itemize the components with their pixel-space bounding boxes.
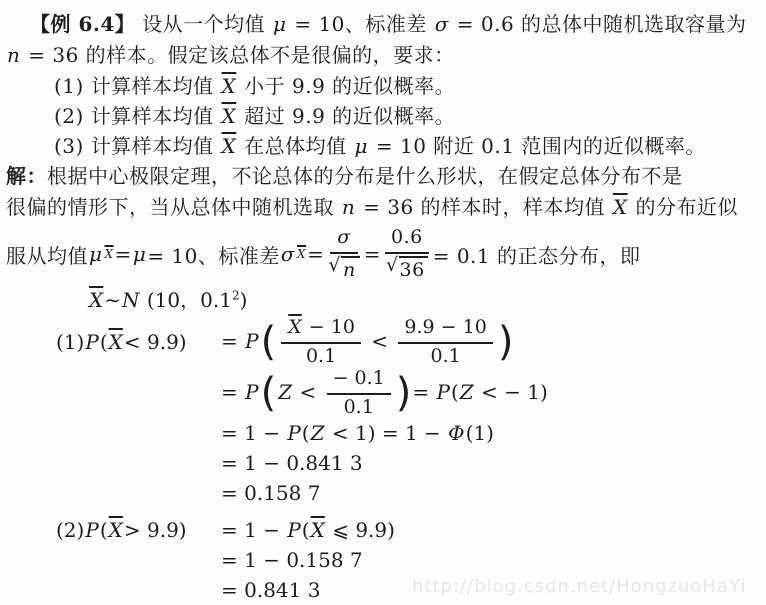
text-token: ) [240,288,248,312]
text-token: 超过 9.9 的近似概率。 [237,104,455,128]
radicand: n [341,256,360,283]
fraction: 9.9 − 100.1 [398,316,492,369]
overlined-variable-token: X [108,518,124,542]
variable-token: μ [272,12,288,36]
equation-rhs: = 1 − 0.841 3 [221,451,760,475]
text-token: = 0.841 3 [221,578,320,602]
equation-rhs: = 1 − 0.158 7 [221,548,760,572]
fraction-denominator: 0.1 [431,344,461,369]
text-token: < [365,329,394,353]
fraction-denominator: √n [328,254,359,283]
overlined-variable-token: X [88,288,104,312]
text-token: 设从一个均值 [135,12,272,36]
text-token: 36 [400,259,425,281]
variable-token: P [84,518,99,542]
text-token: (2) [56,518,84,542]
text-token: ( [451,380,459,404]
text-token: = [221,329,244,353]
fraction: σ√n [328,226,359,283]
variable-token: n [342,259,357,281]
equation-row: = 1 − 0.841 3 [56,448,760,478]
text-token: = 0.1 的正态分布，即 [433,240,641,269]
fraction-numerator: − 0.1 [327,367,391,395]
equation-rhs: = P(X − 100.1 < 9.9 − 100.1) [221,316,760,369]
big-parenthesis: ( [260,370,278,416]
equation-lhs: (1) P(X < 9.9) [56,330,221,354]
fraction-denominator: √36 [386,254,428,283]
text-token: = [412,380,435,404]
radicand: 36 [399,256,428,283]
variable-token: Z [277,380,293,404]
problem-statement-line-1: 【例 6.4】 设从一个均值 μ = 10、标准差 σ = 0.6 的总体中随机… [6,9,760,40]
text-token: 在总体均值 [237,134,353,158]
variable-token: μ [354,134,370,158]
overlined-variable-token: X [104,247,115,261]
text-token: = 1 − 0.841 3 [221,451,363,475]
equation-rhs: = 0.158 7 [221,481,760,505]
variable-token: Z [310,421,326,445]
big-parenthesis: ) [395,370,413,416]
overlined-variable-token: X [310,518,326,542]
text-token: 很偏的情形下，当从总体中随机选取 [6,195,341,219]
big-parenthesis: ) [497,319,515,365]
text-token: > 9.9) [124,518,187,542]
equation-lhs: (2) P(X > 9.9) [56,518,221,542]
text-token: 根据中心极限定理，不论总体的分布是什么形状，在假定总体分布不是 [47,164,683,188]
text-token: 服从均值 [6,240,88,269]
text-token: (2) 计算样本均值 [54,104,221,128]
equation-row: = 0.158 7 [56,478,760,508]
text-token: = 36 的样本时，样本均值 [356,195,612,219]
sampling-distribution-formula: X∼N (10，0.12) [6,285,760,315]
fraction: X − 100.1 [281,316,361,369]
solution-line-2: 很偏的情形下，当从总体中随机选取 n = 36 的样本时，样本均值 X 的分布近… [6,192,760,223]
equation-rhs: = P(Z < − 0.10.1)= P(Z < − 1) [221,367,760,420]
equation-part-1: (1) P(X < 9.9) = P(X − 100.1 < 9.9 − 100… [6,315,760,508]
variable-token: N [121,288,141,312]
text-token: = 10、标准差 [287,12,433,36]
text-token: = 10、标准差 [147,240,280,269]
radical-sign: √ [328,255,341,282]
csdn-watermark: http://blog.csdn.net/HongzuoHaYi [412,576,746,597]
text-token: (3) 计算样本均值 [54,134,221,158]
text-token: ( [302,518,310,542]
variable-token: P [436,380,451,404]
overlined-variable-token: X [221,104,238,128]
superscript-token: 2 [232,288,240,302]
text-token: 0.1 [431,345,461,367]
text-token: = [221,380,244,404]
text-token: (1) [466,421,494,445]
problem-item-3: (3) 计算样本均值 X 在总体均值 μ = 10 附近 0.1 范围内的近似概… [6,131,760,161]
fraction-denominator: 0.1 [306,344,336,369]
overlined-variable-token: X [612,195,629,219]
fraction-numerator: σ [330,226,357,254]
problem-item-1: (1) 计算样本均值 X 小于 9.9 的近似概率。 [6,71,760,101]
text-token: 0.1 [306,345,336,367]
variable-token: Φ [447,421,465,445]
text-token: ( [100,330,108,354]
scanned-textbook-page: 【例 6.4】 设从一个均值 μ = 10、标准差 σ = 0.6 的总体中随机… [0,0,766,605]
text-token: (1) 计算样本均值 [54,74,221,98]
fraction: 0.6√36 [385,226,429,283]
text-token: ⩽ 9.9) [326,518,395,542]
square-root: √36 [386,256,428,283]
fraction: − 0.10.1 [327,367,391,420]
bold-text-token: 解： [6,164,47,188]
text-token: = 1 − [221,421,286,445]
variable-token: Z [459,380,475,404]
big-parenthesis: ( [260,319,278,365]
text-token: = [364,242,381,266]
text-token: − 10 [303,316,355,338]
problem-statement-line-2: n = 36 的样本。假定该总体不是很偏的，要求： [6,40,760,71]
fraction-numerator: 9.9 − 10 [398,316,492,344]
fraction-numerator: X − 10 [281,316,361,344]
overlined-variable-token: X [221,74,238,98]
square-root: √n [328,256,359,283]
variable-token: σ [336,226,351,248]
text-token: < 1) = 1 − [326,421,448,445]
variable-token: P [244,329,259,353]
equation-row: (1) P(X < 9.9) = P(X − 100.1 < 9.9 − 100… [56,315,760,369]
variable-token: P [84,330,99,354]
equation-rhs: = 1 − P(Z < 1) = 1 − Φ(1) [221,421,760,445]
text-token: ( [100,518,108,542]
text-token: < 9.9) [124,330,187,354]
text-token: = 10 附近 0.1 范围内的近似概率。 [369,134,706,158]
solution-line-3-std-error-formula: 服从均值 μX = μ = 10、标准差 σX = σ√n = 0.6√36 =… [6,223,760,285]
overlined-variable-token: X [108,330,124,354]
text-token: = [115,242,132,266]
equation-row: = 1 − P(Z < 1) = 1 − Φ(1) [56,417,760,448]
equation-row: = P(Z < − 0.10.1)= P(Z < − 1) [56,369,760,417]
text-token: 9.9 − 10 [404,316,486,338]
text-token: 小于 9.9 的近似概率。 [237,74,455,98]
text-token: 0.6 [391,226,423,248]
equation-rhs: = 1 − P(X ⩽ 9.9) [221,518,760,542]
variable-token: σ [280,242,296,266]
overlined-variable-token: X [221,134,238,158]
text-token: ( [302,421,310,445]
text-token: = 0.6 的总体中随机选取容量为 [450,12,747,36]
overlined-variable-token: X [287,316,303,338]
variable-token: n [341,195,356,219]
variable-token: σ [434,12,450,36]
fraction-numerator: 0.6 [385,226,429,254]
variable-token: μ [88,242,104,266]
text-token: 0.1 [344,396,374,418]
fraction-denominator: 0.1 [344,395,374,420]
equation-row: (2) P(X > 9.9) = 1 − P(X ⩽ 9.9) [56,514,760,545]
variable-token: μ [132,242,148,266]
text-token: < [293,380,322,404]
bold-text-token: 【例 6.4】 [30,12,135,36]
variable-token: P [286,518,301,542]
variable-token: n [6,43,21,67]
text-token: (10，0.1 [141,288,232,312]
equation-row: = 1 − 0.158 7 [56,545,760,575]
text-token: = [307,242,324,266]
radical-sign: √ [386,255,399,282]
text-token: − 0.1 [333,367,385,389]
problem-item-2: (2) 计算样本均值 X 超过 9.9 的近似概率。 [6,101,760,131]
solution-line-1: 解：根据中心极限定理，不论总体的分布是什么形状，在假定总体分布不是 [6,161,760,192]
text-token: = 1 − [221,518,286,542]
text-token: = 0.158 7 [221,481,320,505]
text-token: < − 1) [475,380,548,404]
text-token: 的分布近似 [629,195,738,219]
text-token: (1) [56,330,84,354]
text-token: = 1 − 0.158 7 [221,548,363,572]
text-token: ∼ [104,288,121,312]
text-token: = 36 的样本。假定该总体不是很偏的，要求： [21,43,454,67]
variable-token: P [286,421,301,445]
overlined-variable-token: X [296,247,307,261]
variable-token: P [244,380,259,404]
